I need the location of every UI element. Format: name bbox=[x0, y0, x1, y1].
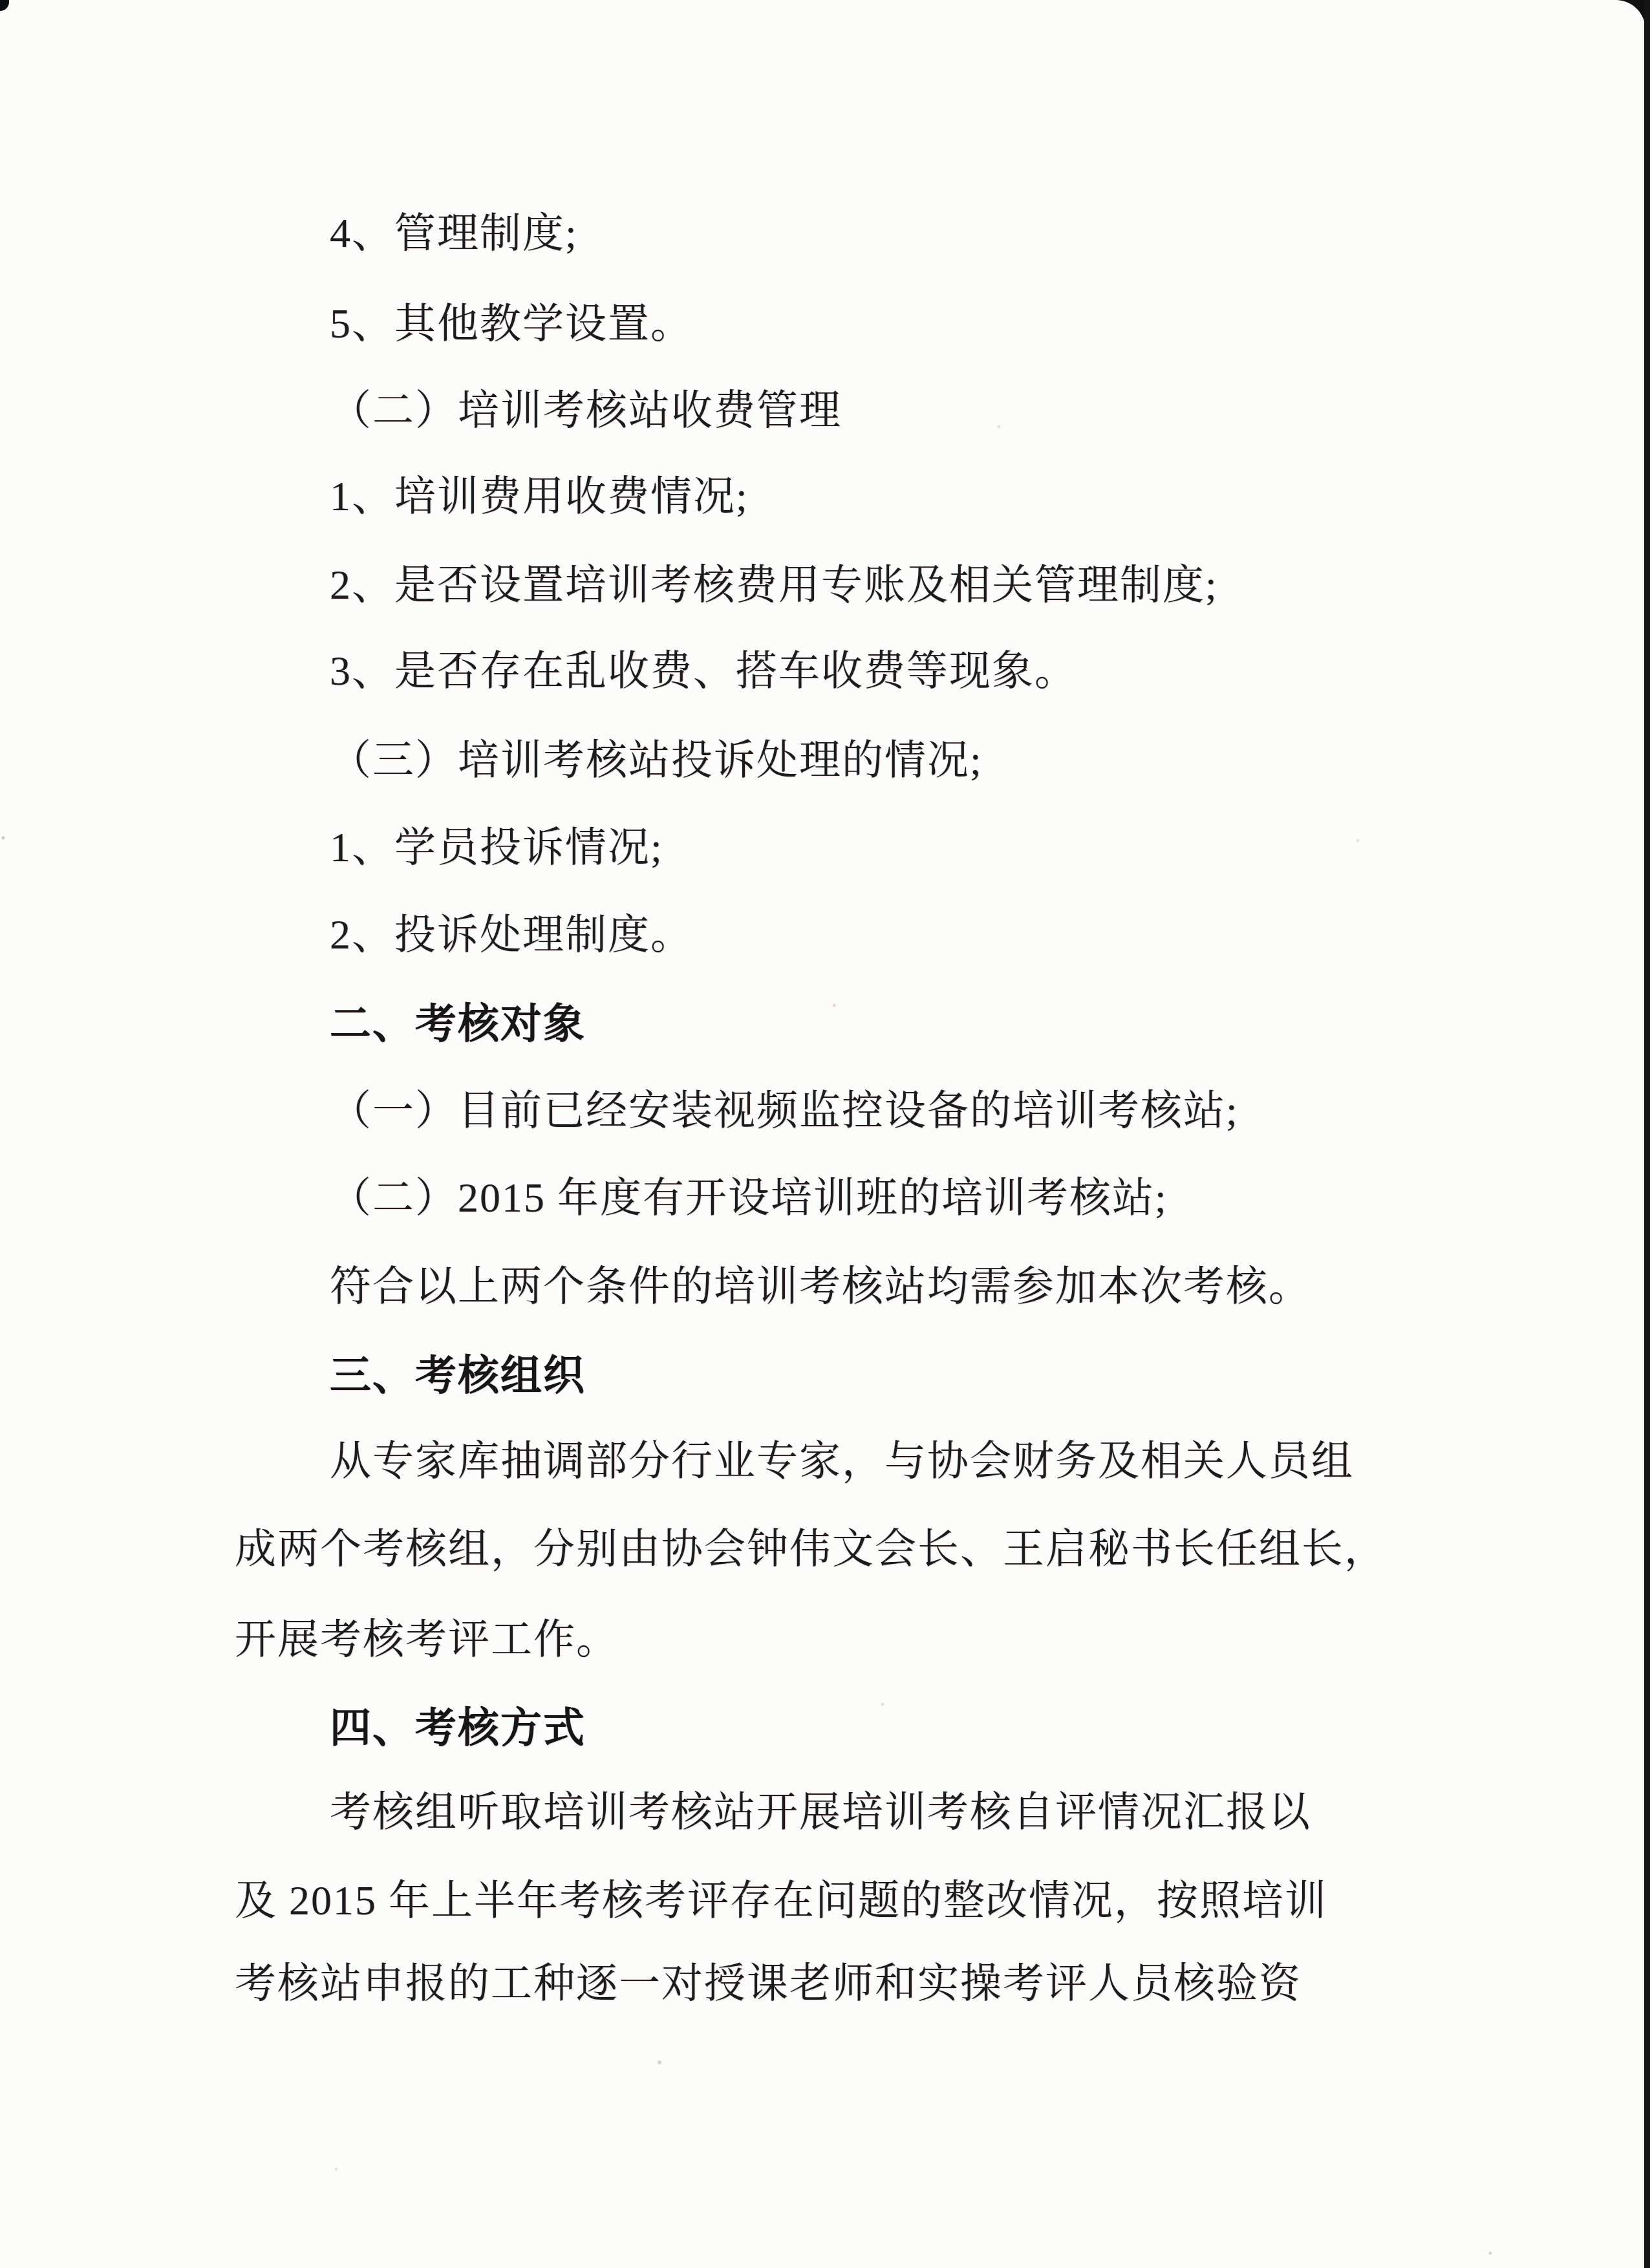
list-item: 3、是否存在乱收费、搭车收费等现象。 bbox=[330, 648, 1077, 694]
section-heading: 二、考核对象 bbox=[330, 1001, 586, 1047]
list-item: 1、学员投诉情况; bbox=[330, 824, 663, 871]
sub-section-title: （二）培训考核站收费管理 bbox=[330, 387, 842, 434]
paragraph-line: 符合以上两个条件的培训考核站均需参加本次考核。 bbox=[330, 1263, 1311, 1310]
sub-section-title: （三）培训考核站投诉处理的情况; bbox=[330, 737, 983, 784]
section-heading: 三、考核组织 bbox=[330, 1353, 586, 1399]
list-item: 4、管理制度; bbox=[330, 210, 578, 257]
list-item: （一）目前已经安装视频监控设备的培训考核站; bbox=[330, 1087, 1239, 1134]
scanned-page: 4、管理制度; 5、其他教学设置。 （二）培训考核站收费管理 1、培训费用收费情… bbox=[0, 0, 1650, 2268]
scan-artifact-top-left bbox=[0, 0, 9, 11]
paragraph-line: 考核组听取培训考核站开展培训考核自评情况汇报以 bbox=[330, 1789, 1311, 1835]
list-item: （二）2015 年度有开设培训班的培训考核站; bbox=[330, 1175, 1168, 1221]
list-item: 5、其他教学设置。 bbox=[330, 301, 693, 347]
list-item: 2、投诉处理制度。 bbox=[330, 912, 693, 958]
list-item: 2、是否设置培训考核费用专账及相关管理制度; bbox=[330, 562, 1218, 608]
paragraph-line: 及 2015 年上半年考核考评存在问题的整改情况，按照培训 bbox=[235, 1878, 1327, 1924]
paragraph-line: 开展考核考评工作。 bbox=[235, 1616, 619, 1663]
scan-edge-right bbox=[1644, 0, 1650, 2268]
section-heading: 四、考核方式 bbox=[330, 1705, 586, 1751]
paragraph-line: 考核站申报的工种逐一对授课老师和实操考评人员核验资 bbox=[235, 1960, 1302, 2007]
paragraph-line: 从专家库抽调部分行业专家，与协会财务及相关人员组 bbox=[330, 1438, 1354, 1484]
paragraph-line: 成两个考核组，分别由协会钟伟文会长、王启秘书长任组长， bbox=[235, 1526, 1387, 1572]
scan-noise-layer bbox=[0, 0, 1650, 2268]
list-item: 1、培训费用收费情况; bbox=[330, 473, 749, 520]
